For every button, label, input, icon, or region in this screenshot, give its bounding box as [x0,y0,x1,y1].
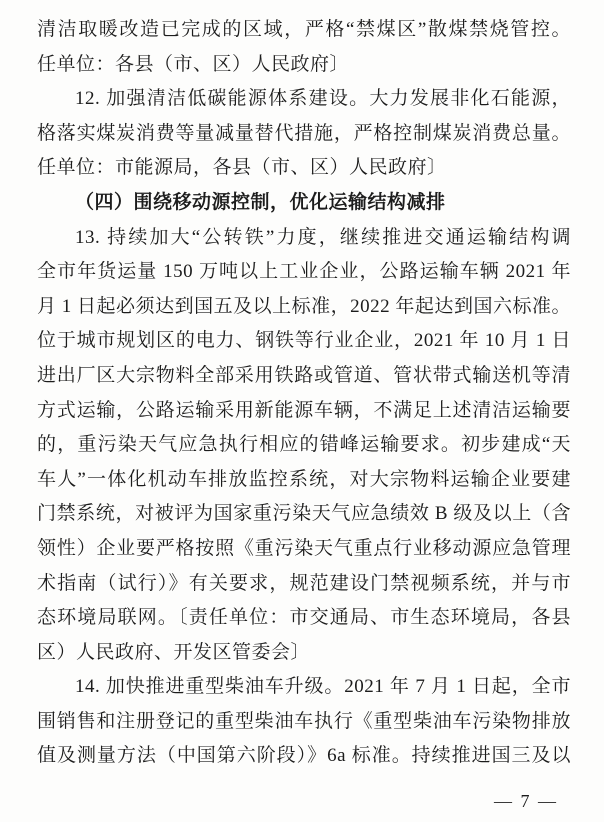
body-line: 车人”一体化机动车排放监控系统，对大宗物料运输企业要建设 [37,463,571,498]
section-heading-4: （四）围绕移动源控制，优化运输结构减排 [37,186,571,221]
body-line: 12. 加强清洁低碳能源体系建设。大力发展非化石能源，严 [37,82,571,117]
paragraph-item-14: 14. 加快推进重型柴油车升级。2021 年 7 月 1 日起，全市范 围销售和… [37,670,571,774]
paragraph-item-12: 12. 加强清洁低碳能源体系建设。大力发展非化石能源，严 格落实煤炭消费等量减量… [37,82,571,186]
body-line: 清洁取暖改造已完成的区域，严格“禁煤区”散煤禁烧管控。〔责 [37,13,571,48]
body-line: 区）人民政府、开发区管委会〕 [37,636,571,671]
body-line: 格落实煤炭消费等量减量替代措施，严格控制煤炭消费总量。〔责 [37,117,571,152]
body-line: 14. 加快推进重型柴油车升级。2021 年 7 月 1 日起，全市范 [37,670,571,705]
body-line: 术指南（试行）》有关要求，规范建设门禁视频系统，并与市生 [37,567,571,602]
paragraph-item-11-continuation: 清洁取暖改造已完成的区域，严格“禁煤区”散煤禁烧管控。〔责 任单位：各县（市、区… [37,13,571,82]
body-line: 任单位：各县（市、区）人民政府〕 [37,48,571,83]
body-line: 值及测量方法（中国第六阶段）》6a 标准。持续推进国三及以下 [37,739,571,774]
body-line: 月 1 日起必须达到国五及以上标准，2022 年起达到国六标准。 [37,290,571,325]
body-line: 的，重污染天气应急执行相应的错峰运输要求。初步建成“天地 [37,428,571,463]
body-line: 态环境局联网。〔责任单位：市交通局、市生态环境局，各县（市、 [37,601,571,636]
body-line: 门禁系统，对被评为国家重污染天气应急绩效 B 级及以上（含引 [37,497,571,532]
page-number: — 7 — [494,791,558,811]
paragraph-item-13: 13. 持续加大“公转铁”力度，继续推进交通运输结构调整。 全市年货运量 150… [37,221,571,671]
document-body: 清洁取暖改造已完成的区域，严格“禁煤区”散煤禁烧管控。〔责 任单位：各县（市、区… [37,13,571,774]
body-line: 13. 持续加大“公转铁”力度，继续推进交通运输结构调整。 [37,221,571,256]
body-line: 全市年货运量 150 万吨以上工业企业，公路运输车辆 2021 年 5 [37,255,571,290]
body-line: 方式运输，公路运输采用新能源车辆，不满足上述清洁运输要求 [37,394,571,429]
body-line: 围销售和注册登记的重型柴油车执行《重型柴油车污染物排放限 [37,705,571,740]
section-heading: （四）围绕移动源控制，优化运输结构减排 [37,186,571,221]
body-line: 位于城市规划区的电力、钢铁等行业企业，2021 年 10 月 1 日起 [37,324,571,359]
body-line: 进出厂区大宗物料全部采用铁路或管道、管状带式输送机等清洁 [37,359,571,394]
body-line: 任单位：市能源局，各县（市、区）人民政府〕 [37,151,571,186]
document-page: 清洁取暖改造已完成的区域，严格“禁煤区”散煤禁烧管控。〔责 任单位：各县（市、区… [0,0,604,822]
body-line: 领性）企业要严格按照《重污染天气重点行业移动源应急管理技 [37,532,571,567]
page-footer: — 7 — [494,791,558,812]
